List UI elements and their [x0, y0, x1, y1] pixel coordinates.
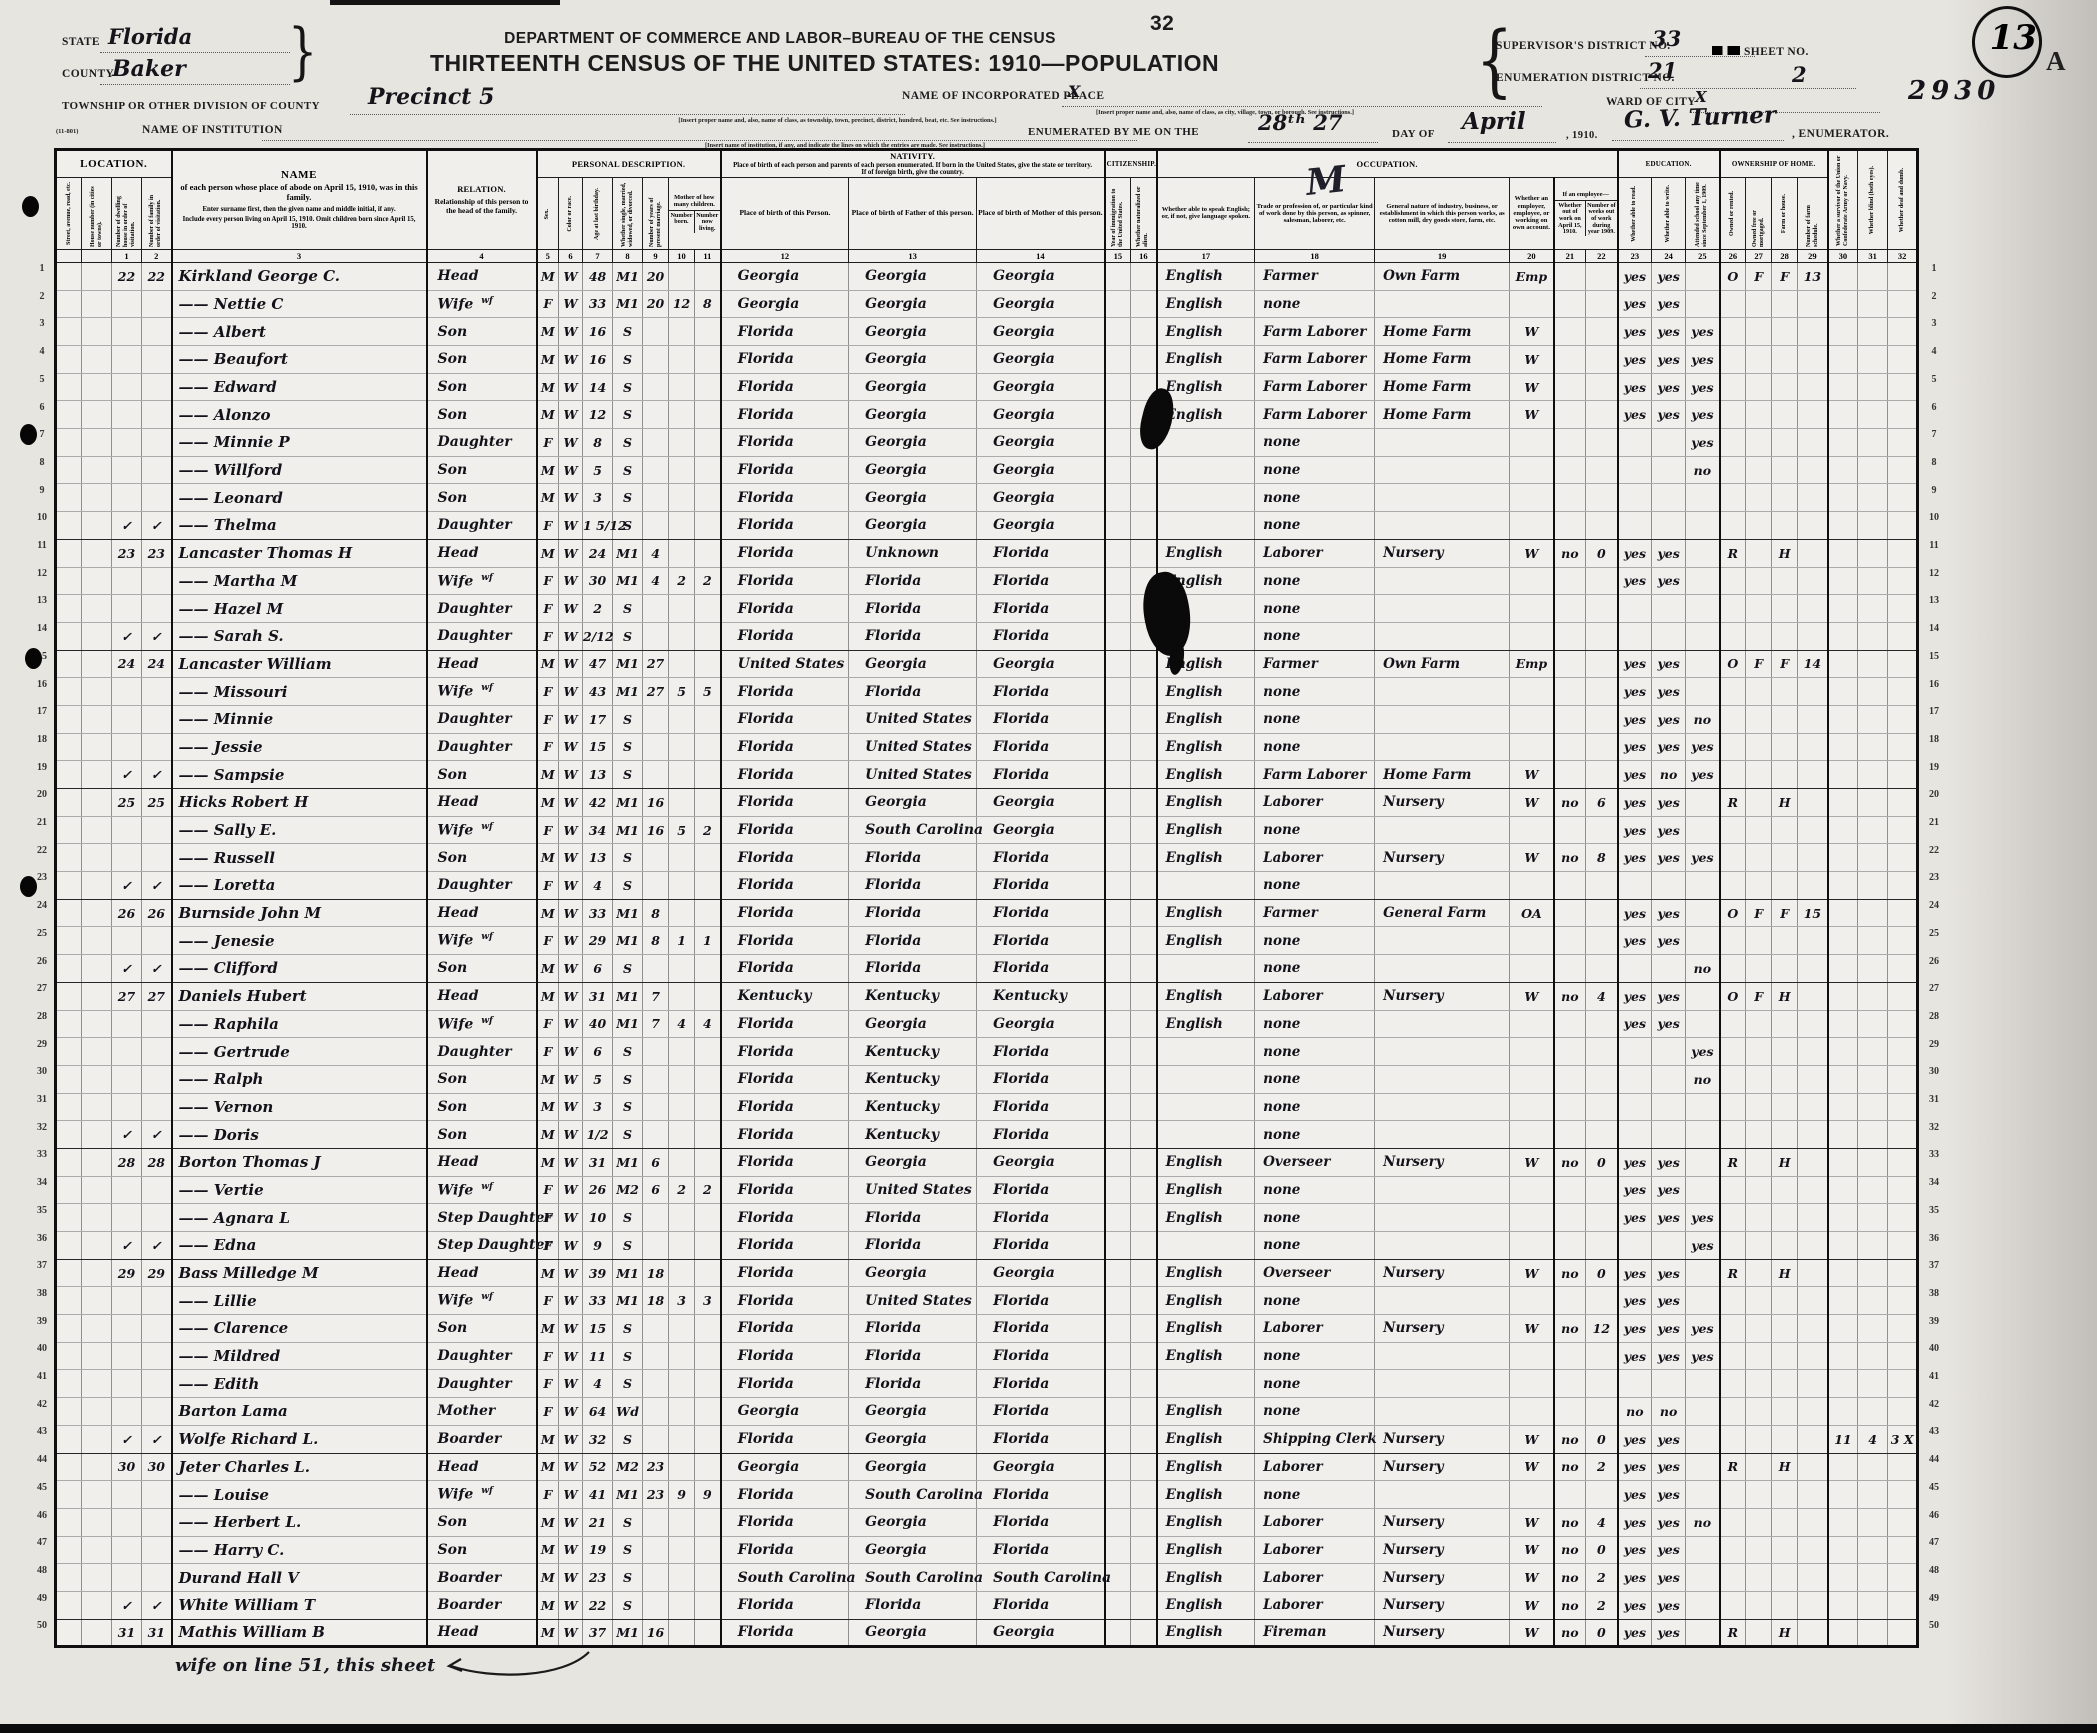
cell-pob: Florida	[721, 1481, 849, 1509]
cell-mar: M1	[613, 1259, 643, 1287]
cell-sch	[1686, 1398, 1720, 1426]
cell-st	[56, 429, 82, 457]
cell-trade: none	[1255, 290, 1375, 318]
cell-ow: no	[1554, 1315, 1586, 1343]
cell-df	[1888, 346, 1918, 374]
cell-eng: English	[1157, 1564, 1255, 1592]
cell-bl	[1858, 401, 1888, 429]
cell-emp: W	[1510, 1508, 1554, 1536]
census-row: —— Martha MWifewfFW30M1422FloridaFlorida…	[56, 567, 1918, 595]
cell-bl	[1858, 650, 1888, 678]
margin-row-number: 28	[1924, 1011, 1944, 1022]
cell-age: 2	[583, 595, 613, 623]
census-row: —— JenesieWifewfFW29M1811FloridaFloridaF…	[56, 927, 1918, 955]
cell-pob: Florida	[721, 955, 849, 983]
cell-pm: Georgia	[977, 318, 1105, 346]
cell-st	[56, 401, 82, 429]
cell-nat	[1131, 844, 1157, 872]
cell-ind: Home Farm	[1375, 318, 1510, 346]
col-num: 30	[1828, 249, 1858, 262]
cell-eng	[1157, 955, 1255, 983]
margin-row-number: 20	[1924, 789, 1944, 800]
cell-df	[1888, 318, 1918, 346]
cell-dw	[112, 346, 142, 374]
cell-pm: Georgia	[977, 1148, 1105, 1176]
cell-st	[56, 650, 82, 678]
cell-sex: M	[537, 1425, 559, 1453]
cell-sch	[1686, 789, 1720, 817]
cell-wr: yes	[1652, 816, 1686, 844]
cell-cb	[669, 595, 695, 623]
cell-age: 39	[583, 1259, 613, 1287]
cell-pob: Florida	[721, 733, 849, 761]
cell-col: W	[559, 595, 583, 623]
cell-fam	[142, 1093, 172, 1121]
cell-age: 13	[583, 844, 613, 872]
cell-df	[1888, 1038, 1918, 1066]
cell-col: W	[559, 1342, 583, 1370]
cell-mtg: F	[1746, 982, 1772, 1010]
cell-age: 41	[583, 1481, 613, 1509]
cell-pob: Florida	[721, 1370, 849, 1398]
cell-pf: Kentucky	[849, 1065, 977, 1093]
cell-mtg	[1746, 401, 1772, 429]
cell-trade: none	[1255, 1176, 1375, 1204]
cell-rel: Wifewf	[427, 1176, 537, 1204]
cell-dw	[112, 318, 142, 346]
cell-eng: English	[1157, 705, 1255, 733]
cell-wk	[1586, 484, 1618, 512]
cell-imm	[1105, 622, 1131, 650]
cell-own: O	[1720, 899, 1746, 927]
cell-fs	[1798, 1425, 1828, 1453]
cell-sch	[1686, 1453, 1720, 1481]
cell-df	[1888, 1121, 1918, 1149]
cell-wr: yes	[1652, 1481, 1686, 1509]
cell-pf: Georgia	[849, 1259, 977, 1287]
cell-wr: yes	[1652, 290, 1686, 318]
cell-ind: Nursery	[1375, 1453, 1510, 1481]
cell-pm: Florida	[977, 1176, 1105, 1204]
margin-row-number: 49	[1924, 1593, 1944, 1604]
cell-mtg	[1746, 1370, 1772, 1398]
cell-vet	[1828, 622, 1858, 650]
col-num: 6	[559, 249, 583, 262]
cell-vet	[1828, 1453, 1858, 1481]
cell-yrs	[643, 1093, 669, 1121]
cell-name: —— Louise	[172, 1481, 427, 1509]
cell-trade: Farm Laborer	[1255, 373, 1375, 401]
cell-fam	[142, 816, 172, 844]
cell-eng: English	[1157, 927, 1255, 955]
cell-nat	[1131, 484, 1157, 512]
cell-rd: yes	[1618, 982, 1652, 1010]
cell-rd	[1618, 429, 1652, 457]
cell-bl	[1858, 429, 1888, 457]
cell-mtg	[1746, 733, 1772, 761]
cell-hn	[82, 401, 112, 429]
cell-emp: W	[1510, 789, 1554, 817]
cell-fs	[1798, 1259, 1828, 1287]
cell-own	[1720, 401, 1746, 429]
cell-cb	[669, 373, 695, 401]
cell-trade: Laborer	[1255, 1453, 1375, 1481]
census-row: —— VernonSonMW3SFloridaKentuckyFloridano…	[56, 1093, 1918, 1121]
cell-nat	[1131, 1121, 1157, 1149]
cell-eng: English	[1157, 1453, 1255, 1481]
cell-pob: Florida	[721, 567, 849, 595]
cell-pob: Florida	[721, 789, 849, 817]
cell-ow	[1554, 1204, 1586, 1232]
ink-scribble-m: M	[1304, 158, 1348, 204]
year-label: , 1910.	[1566, 130, 1598, 141]
cell-trade: none	[1255, 1204, 1375, 1232]
cell-pob: Florida	[721, 844, 849, 872]
cell-name: —— Albert	[172, 318, 427, 346]
cell-cb	[669, 401, 695, 429]
cell-nat	[1131, 290, 1157, 318]
cell-yrs	[643, 318, 669, 346]
cell-imm	[1105, 982, 1131, 1010]
cell-ow	[1554, 927, 1586, 955]
census-row: ✓✓—— LorettaDaughterFW4SFloridaFloridaFl…	[56, 872, 1918, 900]
cell-ind	[1375, 678, 1510, 706]
cell-pob: Florida	[721, 622, 849, 650]
cell-ow	[1554, 1287, 1586, 1315]
cell-rd: yes	[1618, 816, 1652, 844]
cell-own	[1720, 567, 1746, 595]
census-row: —— Sally E.WifewfFW34M11652FloridaSouth …	[56, 816, 1918, 844]
cell-nat	[1131, 1619, 1157, 1647]
cell-ind	[1375, 872, 1510, 900]
cell-yrs	[643, 872, 669, 900]
cell-fam	[142, 1176, 172, 1204]
cell-pob: Florida	[721, 927, 849, 955]
cell-name: Kirkland George C.	[172, 262, 427, 290]
cell-wr: yes	[1652, 1259, 1686, 1287]
cell-ind: Nursery	[1375, 1425, 1510, 1453]
cell-cl	[695, 1342, 721, 1370]
cell-eng: English	[1157, 1591, 1255, 1619]
col-header-ifemp: If an employee—Whether out of work on Ap…	[1554, 177, 1618, 249]
cell-cb: 1	[669, 927, 695, 955]
cell-dw	[112, 1481, 142, 1509]
cell-emp	[1510, 1176, 1554, 1204]
cell-cl	[695, 262, 721, 290]
cell-wr	[1652, 1232, 1686, 1260]
cell-dw: 26	[112, 899, 142, 927]
cell-yrs	[643, 705, 669, 733]
cell-df	[1888, 1481, 1918, 1509]
cell-hn	[82, 816, 112, 844]
cell-rd	[1618, 1065, 1652, 1093]
cell-fam	[142, 1370, 172, 1398]
cell-sex: F	[537, 1398, 559, 1426]
cell-dw	[112, 1038, 142, 1066]
cell-fh	[1772, 733, 1798, 761]
cell-ow	[1554, 401, 1586, 429]
cell-ind	[1375, 1038, 1510, 1066]
cell-wr: yes	[1652, 318, 1686, 346]
cell-ind: Nursery	[1375, 982, 1510, 1010]
department-line: DEPARTMENT OF COMMERCE AND LABOR–BUREAU …	[470, 30, 1090, 48]
cell-sch	[1686, 1148, 1720, 1176]
cell-eng: English	[1157, 1176, 1255, 1204]
margin-row-number: 39	[1924, 1316, 1944, 1327]
cell-fs	[1798, 1536, 1828, 1564]
col-header-sex: Sex.	[537, 177, 559, 249]
census-row: ✓✓—— ThelmaDaughterFW1 5/12SFloridaGeorg…	[56, 512, 1918, 540]
cell-pf: Georgia	[849, 789, 977, 817]
cell-st	[56, 816, 82, 844]
cell-ind	[1375, 1370, 1510, 1398]
cell-fam: 25	[142, 789, 172, 817]
cell-bl	[1858, 622, 1888, 650]
cell-dw: ✓	[112, 512, 142, 540]
cell-age: 6	[583, 1038, 613, 1066]
cell-pm: Georgia	[977, 1619, 1105, 1647]
margin-row-number: 49	[32, 1593, 52, 1604]
cell-fs	[1798, 1508, 1828, 1536]
cell-age: 3	[583, 484, 613, 512]
cell-dw: 25	[112, 789, 142, 817]
cell-nat	[1131, 982, 1157, 1010]
cell-cl	[695, 429, 721, 457]
cell-bl	[1858, 1010, 1888, 1038]
cell-fh	[1772, 844, 1798, 872]
cell-fh	[1772, 318, 1798, 346]
cell-own: R	[1720, 1619, 1746, 1647]
cell-pm: Florida	[977, 678, 1105, 706]
cell-cl	[695, 512, 721, 540]
cell-bl	[1858, 318, 1888, 346]
cell-fs	[1798, 539, 1828, 567]
cell-fam	[142, 346, 172, 374]
cell-pm: Florida	[977, 1204, 1105, 1232]
cell-ind: Nursery	[1375, 1619, 1510, 1647]
cell-df	[1888, 1259, 1918, 1287]
cell-rd: yes	[1618, 844, 1652, 872]
cell-df	[1888, 401, 1918, 429]
cell-st	[56, 622, 82, 650]
cell-imm	[1105, 1398, 1131, 1426]
cell-ind: Nursery	[1375, 1259, 1510, 1287]
cell-nat	[1131, 1370, 1157, 1398]
col-num: 19	[1375, 249, 1510, 262]
cell-wk	[1586, 346, 1618, 374]
cell-dw	[112, 484, 142, 512]
cell-st	[56, 1481, 82, 1509]
cell-nat	[1131, 678, 1157, 706]
cell-bl	[1858, 1536, 1888, 1564]
cell-emp: W	[1510, 1564, 1554, 1592]
cell-st	[56, 1038, 82, 1066]
cell-fs	[1798, 1065, 1828, 1093]
cell-sex: M	[537, 1259, 559, 1287]
col-num: 13	[849, 249, 977, 262]
cell-col: W	[559, 650, 583, 678]
cell-mtg	[1746, 1232, 1772, 1260]
cell-pm: Florida	[977, 899, 1105, 927]
cell-pf: Georgia	[849, 429, 977, 457]
cell-fam	[142, 705, 172, 733]
cell-sex: F	[537, 1010, 559, 1038]
cell-eng: English	[1157, 678, 1255, 706]
page-number: 32	[1150, 12, 1174, 36]
cell-fam: ✓	[142, 1591, 172, 1619]
cell-vet	[1828, 456, 1858, 484]
cell-fam	[142, 1536, 172, 1564]
cell-trade: none	[1255, 678, 1375, 706]
dotted-line	[1645, 56, 1755, 57]
cell-trade: Laborer	[1255, 1591, 1375, 1619]
cell-st	[56, 1287, 82, 1315]
cell-age: 37	[583, 1619, 613, 1647]
cell-eng: English	[1157, 539, 1255, 567]
cell-st	[56, 705, 82, 733]
cell-vet	[1828, 789, 1858, 817]
cell-ow: no	[1554, 539, 1586, 567]
cell-st	[56, 982, 82, 1010]
cell-fs	[1798, 761, 1828, 789]
cell-mtg	[1746, 1038, 1772, 1066]
margin-row-number: 1	[1924, 263, 1944, 274]
cell-wk: 2	[1586, 1564, 1618, 1592]
census-row: —— Minnie PDaughterFW8SFloridaGeorgiaGeo…	[56, 429, 1918, 457]
cell-fs	[1798, 1121, 1828, 1149]
cell-dw	[112, 1398, 142, 1426]
cell-emp	[1510, 816, 1554, 844]
cell-pm: Georgia	[977, 456, 1105, 484]
cell-bl	[1858, 1065, 1888, 1093]
col-num: 23	[1618, 249, 1652, 262]
cell-emp: W	[1510, 761, 1554, 789]
cell-fh: H	[1772, 789, 1798, 817]
cell-age: 10	[583, 1204, 613, 1232]
cell-wr	[1652, 872, 1686, 900]
cell-age: 9	[583, 1232, 613, 1260]
dotted-line	[262, 140, 1137, 141]
cell-rel: Daughter	[427, 705, 537, 733]
group-occupation: OCCUPATION.	[1157, 150, 1618, 178]
cell-sch	[1686, 872, 1720, 900]
cell-wk: 2	[1586, 1591, 1618, 1619]
cell-fam	[142, 1038, 172, 1066]
cell-mar: S	[613, 1342, 643, 1370]
col-num: 15	[1105, 249, 1131, 262]
cell-eng	[1157, 429, 1255, 457]
cell-fam	[142, 1287, 172, 1315]
margin-row-number: 18	[1924, 734, 1944, 745]
cell-sch	[1686, 899, 1720, 927]
margin-row-number: 32	[32, 1122, 52, 1133]
cell-wr	[1652, 456, 1686, 484]
cell-sch	[1686, 539, 1720, 567]
cell-fs	[1798, 1038, 1828, 1066]
cell-hn	[82, 1038, 112, 1066]
cell-imm	[1105, 1148, 1131, 1176]
cell-pf: Georgia	[849, 1536, 977, 1564]
cell-eng: English	[1157, 1425, 1255, 1453]
cell-bl	[1858, 1508, 1888, 1536]
cell-name: —— Jessie	[172, 733, 427, 761]
cell-sch	[1686, 1287, 1720, 1315]
cell-name: —— Alonzo	[172, 401, 427, 429]
cell-ow	[1554, 1232, 1586, 1260]
cell-hn	[82, 899, 112, 927]
cell-rd	[1618, 872, 1652, 900]
cell-imm	[1105, 1010, 1131, 1038]
cell-fs	[1798, 484, 1828, 512]
cell-pm: Georgia	[977, 290, 1105, 318]
cell-mtg	[1746, 1065, 1772, 1093]
cell-dw: ✓	[112, 761, 142, 789]
cell-wk: 12	[1586, 1315, 1618, 1343]
cell-yrs	[643, 733, 669, 761]
cell-mar: M2	[613, 1453, 643, 1481]
cell-hn	[82, 622, 112, 650]
cell-df	[1888, 290, 1918, 318]
margin-row-number: 50	[1924, 1620, 1944, 1631]
cell-sex: M	[537, 1619, 559, 1647]
cell-name: —— Lillie	[172, 1287, 427, 1315]
cell-hn	[82, 1232, 112, 1260]
cell-pf: Georgia	[849, 262, 977, 290]
cell-fam: 30	[142, 1453, 172, 1481]
cell-dw	[112, 816, 142, 844]
cell-ow	[1554, 678, 1586, 706]
margin-row-number: 44	[1924, 1454, 1944, 1465]
cell-sch: no	[1686, 1508, 1720, 1536]
cell-emp	[1510, 512, 1554, 540]
cell-sex: F	[537, 872, 559, 900]
margin-row-number: 13	[1924, 595, 1944, 606]
cell-sch: yes	[1686, 1315, 1720, 1343]
cell-hn	[82, 429, 112, 457]
margin-row-number: 14	[1924, 623, 1944, 634]
cell-name: —— Clarence	[172, 1315, 427, 1343]
cell-bl	[1858, 1591, 1888, 1619]
cell-col: W	[559, 1453, 583, 1481]
cell-rd: yes	[1618, 1259, 1652, 1287]
cell-fh	[1772, 401, 1798, 429]
cell-trade: none	[1255, 456, 1375, 484]
census-row: 3030Jeter Charles L.HeadMW52M223GeorgiaG…	[56, 1453, 1918, 1481]
col-header-eng: Whether able to speak English; or, if no…	[1157, 177, 1255, 249]
cell-pob: Florida	[721, 1591, 849, 1619]
cell-rel: Son	[427, 346, 537, 374]
cell-sex: F	[537, 567, 559, 595]
cell-df	[1888, 1508, 1918, 1536]
census-row: ✓✓—— SampsieSonMW13SFloridaUnited States…	[56, 761, 1918, 789]
margin-row-number: 12	[1924, 568, 1944, 579]
col-header-pob1: Place of birth of Father of this person.	[849, 177, 977, 249]
cell-pf: United States	[849, 1287, 977, 1315]
cell-sex: F	[537, 816, 559, 844]
cell-fam	[142, 1508, 172, 1536]
cell-trade: none	[1255, 816, 1375, 844]
cell-cb	[669, 733, 695, 761]
cell-mar: S	[613, 373, 643, 401]
cell-pf: Georgia	[849, 484, 977, 512]
cell-st	[56, 1315, 82, 1343]
census-title: THIRTEENTH CENSUS OF THE UNITED STATES: …	[430, 50, 1130, 77]
cell-pf: Kentucky	[849, 1038, 977, 1066]
cell-col: W	[559, 539, 583, 567]
cell-rd: yes	[1618, 1619, 1652, 1647]
cell-cl	[695, 1232, 721, 1260]
cell-hn	[82, 1453, 112, 1481]
